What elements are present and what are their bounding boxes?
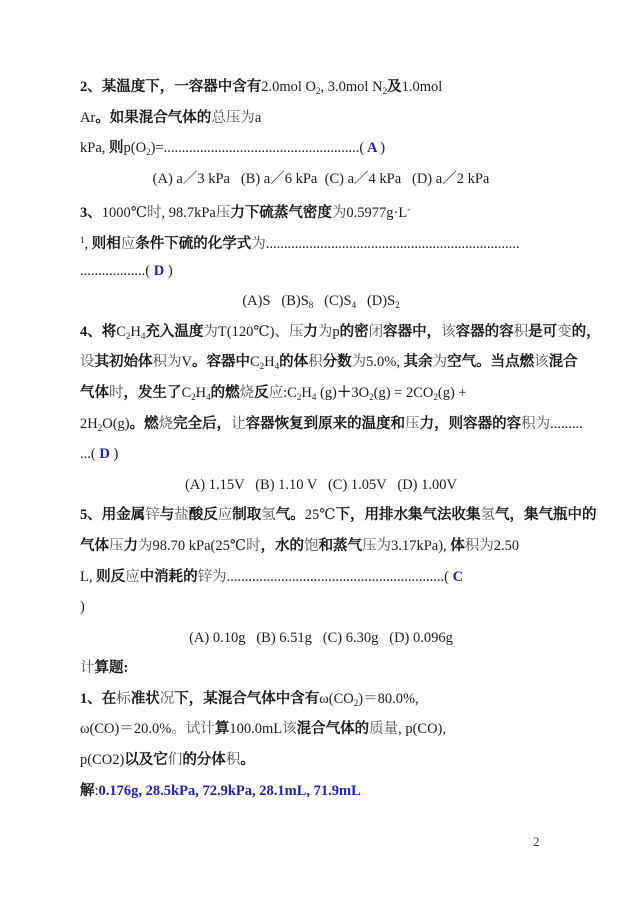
text-run: 力，则容器的容 <box>420 416 522 432</box>
text-run: p(CO2) <box>80 752 124 768</box>
text-run: 时 <box>109 385 124 401</box>
text-run: H <box>301 385 311 401</box>
text-run: 2H <box>80 416 98 432</box>
text-run: 。容器中 <box>192 354 250 370</box>
text-run: , 98.7kPa <box>161 205 215 221</box>
text-run: 让 <box>231 416 246 432</box>
text-run: 饱 <box>304 538 319 554</box>
text-run: :C <box>283 385 297 401</box>
text-run: 积为 <box>465 538 494 554</box>
text-run: 其初始体 <box>95 354 153 370</box>
text-line-q2-options: (A) a／3 kPa (B) a／6 kPa (C) a／4 kPa (D) … <box>80 164 562 195</box>
text-run: ..................( <box>80 263 150 279</box>
text-run: 总压为 <box>211 110 255 126</box>
text-line-q3-line-2: 1, 则相应条件下硫的化学式为.........................… <box>80 225 562 256</box>
text-run: 。如果混合气体的 <box>95 110 211 126</box>
text-run: 1.0mol <box>402 79 443 95</box>
text-run: 压 <box>405 416 420 432</box>
text-run: C <box>182 385 192 401</box>
text-line-q4-line-5: ...( D ) <box>80 439 562 470</box>
text-run: ........................................… <box>164 140 360 156</box>
text-run: 为 <box>332 205 347 221</box>
text-run: 充入温度 <box>145 324 203 340</box>
text-run: 为 <box>433 354 448 370</box>
text-run: )＝80.0%, <box>358 691 418 707</box>
text-run: O(g) <box>102 416 129 432</box>
text-run: 与 <box>160 507 175 523</box>
document-body: 2、某温度下，一容器中含有2.0mol O2, 3.0mol N2及1.0mol… <box>80 72 562 806</box>
text-run: ........................................… <box>266 236 520 252</box>
text-run: 则 <box>109 140 124 156</box>
text-run: 氢 <box>261 507 276 523</box>
text-line-calc1-line-1: 1、在标准状况下，某混合气体中含有ω(CO2)＝80.0%, <box>80 684 562 715</box>
text-run: 2 <box>395 300 400 310</box>
text-run: , <box>85 236 92 252</box>
text-run: T(120℃)、 <box>218 324 289 340</box>
text-run: 体 <box>450 538 465 554</box>
text-line-q2-line-3: kPa, 则p(O2)=............................… <box>80 133 562 164</box>
text-run: 为 <box>138 538 153 554</box>
text-run: ......... <box>550 416 583 432</box>
text-line-q3-line-3: ..................( D ) <box>80 256 562 287</box>
text-run: 0.176g, 28.5kPa, 72.9kPa, 28.1mL, 71.9mL <box>99 783 361 799</box>
text-run: 计 <box>80 660 95 676</box>
text-line-q5-line-3: L, 则反应中消耗的锌为............................… <box>80 562 562 593</box>
text-line-q5-line-2: 气体压力为98.70 kPa(25℃时，水的饱和蒸气压为3.17kPa), 体积… <box>80 531 562 562</box>
text-run: 盐 <box>174 507 189 523</box>
text-run: L, <box>80 569 96 585</box>
text-run: )= <box>151 140 164 156</box>
text-run: 积 <box>226 752 241 768</box>
text-run: 0.5977g·L <box>346 205 407 221</box>
text-run: ) <box>168 263 173 279</box>
text-run: 准状 <box>131 691 160 707</box>
text-run: 气，集气瓶中的 <box>495 507 597 523</box>
text-run: 压为 <box>362 538 391 554</box>
text-line-solution-line: 解:0.176g, 28.5kPa, 72.9kPa, 28.1mL, 71.9… <box>80 776 562 807</box>
text-run: Ar <box>80 110 95 126</box>
text-run: 应 <box>269 385 284 401</box>
text-run: ω(CO <box>319 691 354 707</box>
text-run: 的密 <box>340 324 369 340</box>
text-run: 锌为 <box>198 569 227 585</box>
text-run: 设 <box>80 354 95 370</box>
text-run: 2、某温度下，一容器中含有 <box>80 79 261 95</box>
text-run: 积为 <box>153 354 182 370</box>
text-run: 容器中， <box>383 324 441 340</box>
text-run: 力 <box>124 538 139 554</box>
text-run: 完全后， <box>173 416 231 432</box>
text-run: 98.70 kPa(25℃ <box>153 538 247 554</box>
text-run: D <box>96 446 114 462</box>
text-run: (D)S <box>356 293 395 309</box>
text-run: 况 <box>160 691 175 707</box>
text-run: 则相 <box>92 236 121 252</box>
text-run: 积 <box>308 354 323 370</box>
text-run: ，水的 <box>261 538 305 554</box>
text-run: 力下硫蒸气密度 <box>230 205 332 221</box>
text-run: 压 <box>109 538 124 554</box>
text-run: 5、用金属 <box>80 507 145 523</box>
text-run: 该 <box>282 721 297 737</box>
text-run: C <box>116 324 126 340</box>
text-run: (g) <box>316 385 337 401</box>
text-run: ........................................… <box>227 569 449 585</box>
text-line-q2-line-2: Ar。如果混合气体的总压为a <box>80 103 562 134</box>
text-run: D <box>150 263 168 279</box>
text-run: kPa, <box>80 140 109 156</box>
text-run: 容器的容 <box>456 324 514 340</box>
text-run: 压 <box>289 324 304 340</box>
text-run: 是可 <box>528 324 557 340</box>
text-run: 氢 <box>480 507 495 523</box>
text-run: 制取 <box>232 507 261 523</box>
text-run: 空气。当点燃 <box>447 354 534 370</box>
text-run: 为 <box>251 236 266 252</box>
text-run: (g) + <box>438 385 467 401</box>
text-run: 2.0mol O <box>261 79 316 95</box>
text-run: 3.17kPa), <box>391 538 450 554</box>
text-run: 时 <box>246 538 261 554</box>
text-run: 的体 <box>279 354 308 370</box>
text-run: - <box>407 204 410 214</box>
text-run: 其余 <box>404 354 433 370</box>
text-run: p(O <box>124 140 147 156</box>
text-run: 应 <box>218 507 233 523</box>
text-line-calc-section-header: 计算题: <box>80 653 562 684</box>
text-run: 标 <box>116 691 131 707</box>
text-run: 以及它 <box>124 752 168 768</box>
text-run: H <box>264 354 274 370</box>
text-run: 条件下硫的化学式 <box>135 236 251 252</box>
text-run: 为 <box>203 324 218 340</box>
text-run: (C)S <box>313 293 351 309</box>
document-page: 2、某温度下，一容器中含有2.0mol O2, 3.0mol N2及1.0mol… <box>0 0 640 905</box>
text-line-q5-options: (A) 0.10g (B) 6.51g (C) 6.30g (D) 0.096g <box>80 623 562 654</box>
text-line-q4-line-1: 4、将C2H4充入温度为T(120℃)、压力为p的密闭容器中，该容器的容积是可变… <box>80 317 562 348</box>
text-run: ，发生了 <box>124 385 182 401</box>
text-run: 25℃ <box>305 507 336 523</box>
text-run: 下，某混合气体中含有 <box>174 691 319 707</box>
text-run: C <box>449 569 463 585</box>
text-run: 该 <box>534 354 549 370</box>
text-run: 酸反 <box>189 507 218 523</box>
text-run: 们 <box>168 752 183 768</box>
text-run: 时 <box>147 205 162 221</box>
text-run: ) <box>80 599 85 615</box>
page-number: 2 <box>533 834 540 850</box>
text-run: ...( <box>80 446 96 462</box>
text-run: (A) 0.10g (B) 6.51g (C) 6.30g (D) 0.096g <box>189 630 453 646</box>
text-run: a <box>255 110 261 126</box>
text-run: 烧 <box>240 385 255 401</box>
text-run: (A) a／3 kPa (B) a／6 kPa (C) a／4 kPa (D) … <box>153 171 490 187</box>
text-line-calc1-line-2: ω(CO)＝20.0%。试计算100.0mL该混合气体的质量, p(CO), <box>80 714 562 745</box>
text-run: (A)S (B)S <box>242 293 308 309</box>
text-run: 积为 <box>521 416 550 432</box>
text-run: 的分体 <box>182 752 226 768</box>
text-run: 分数 <box>323 354 352 370</box>
text-run: ) <box>113 446 118 462</box>
text-run: 。燃 <box>130 416 159 432</box>
text-run: 闭 <box>369 324 384 340</box>
text-run: ) <box>380 140 385 156</box>
text-line-q5-line-1: 5、用金属锌与盐酸反应制取氢气。25℃下，用排水集气法收集氢气，集气瓶中的 <box>80 500 562 531</box>
text-run: V <box>182 354 192 370</box>
text-run: 1、在 <box>80 691 116 707</box>
text-run: 应 <box>121 236 136 252</box>
text-run: 压 <box>216 205 231 221</box>
text-line-q4-line-3: 气体时，发生了C2H4的燃烧反应:C2H4 (g)＋3O2(g) = 2CO2(… <box>80 378 562 409</box>
text-run: 气体 <box>80 385 109 401</box>
text-run: 混合 <box>549 354 578 370</box>
text-run: p <box>332 324 339 340</box>
text-run: ω(CO)＝20.0% <box>80 721 171 737</box>
text-run: 100.0mL <box>229 721 282 737</box>
text-line-q4-options: (A) 1.15V (B) 1.10 V (C) 1.05V (D) 1.00V <box>80 470 562 501</box>
text-run: 力 <box>303 324 318 340</box>
text-run: 5.0%, <box>366 354 403 370</box>
text-line-q5-line-4: ) <box>80 592 562 623</box>
text-line-q4-line-2: 设其初始体积为V。容器中C2H4的体积分数为5.0%, 其余为空气。当点燃该混合 <box>80 347 562 378</box>
text-run: 和蒸气 <box>319 538 363 554</box>
text-run: A <box>364 140 380 156</box>
text-run: 。试计 <box>171 721 215 737</box>
text-run: 混合气体的 <box>297 721 370 737</box>
text-run: 容器恢复到原来的温度和 <box>246 416 406 432</box>
text-run: 烧 <box>159 416 174 432</box>
text-line-q4-line-4: 2H2O(g)。燃烧完全后，让容器恢复到原来的温度和压力，则容器的容积为....… <box>80 409 562 440</box>
text-run: , p(CO), <box>398 721 446 737</box>
text-run: (g) = 2CO <box>374 385 434 401</box>
text-run: 质量 <box>369 721 398 737</box>
text-run: 中消耗的 <box>140 569 198 585</box>
text-run: 解 <box>80 783 95 799</box>
text-run: 1000℃ <box>102 205 147 221</box>
text-run: 算 <box>215 721 230 737</box>
text-run: 。 <box>240 752 255 768</box>
text-run: C <box>250 354 260 370</box>
text-run: 为 <box>352 354 367 370</box>
text-line-q3-line-1: 3、1000℃时, 98.7kPa压力下硫蒸气密度为0.5977g·L- <box>80 194 562 225</box>
text-run: 算题: <box>95 660 129 676</box>
text-line-q3-options: (A)S (B)S8 (C)S4 (D)S2 <box>80 286 562 317</box>
text-run: 为 <box>318 324 333 340</box>
text-run: 变 <box>557 324 572 340</box>
text-run: 应 <box>125 569 140 585</box>
text-run: 2.50 <box>494 538 519 554</box>
text-line-q2-line-1: 2、某温度下，一容器中含有2.0mol O2, 3.0mol N2及1.0mol <box>80 72 562 103</box>
text-run: 下，用排水集气法收集 <box>335 507 480 523</box>
text-line-calc1-line-3: p(CO2)以及它们的分体积。 <box>80 745 562 776</box>
text-run: H <box>196 385 206 401</box>
text-run: ＋ <box>337 385 352 401</box>
text-run: 气体 <box>80 538 109 554</box>
text-run: 反 <box>254 385 269 401</box>
text-run: 的燃 <box>211 385 240 401</box>
text-run: 3O <box>351 385 369 401</box>
text-run: 及 <box>387 79 402 95</box>
text-run: 的， <box>572 324 601 340</box>
text-run: , 3.0mol N <box>321 79 383 95</box>
text-run: 3、 <box>80 205 102 221</box>
text-run: 该 <box>441 324 456 340</box>
text-run: 锌 <box>145 507 160 523</box>
text-run: 积 <box>514 324 529 340</box>
text-run: (A) 1.15V (B) 1.10 V (C) 1.05V (D) 1.00V <box>185 477 457 493</box>
text-run: H <box>130 324 140 340</box>
text-run: 则反 <box>96 569 125 585</box>
text-run: 4、将 <box>80 324 116 340</box>
text-run: 气。 <box>276 507 305 523</box>
